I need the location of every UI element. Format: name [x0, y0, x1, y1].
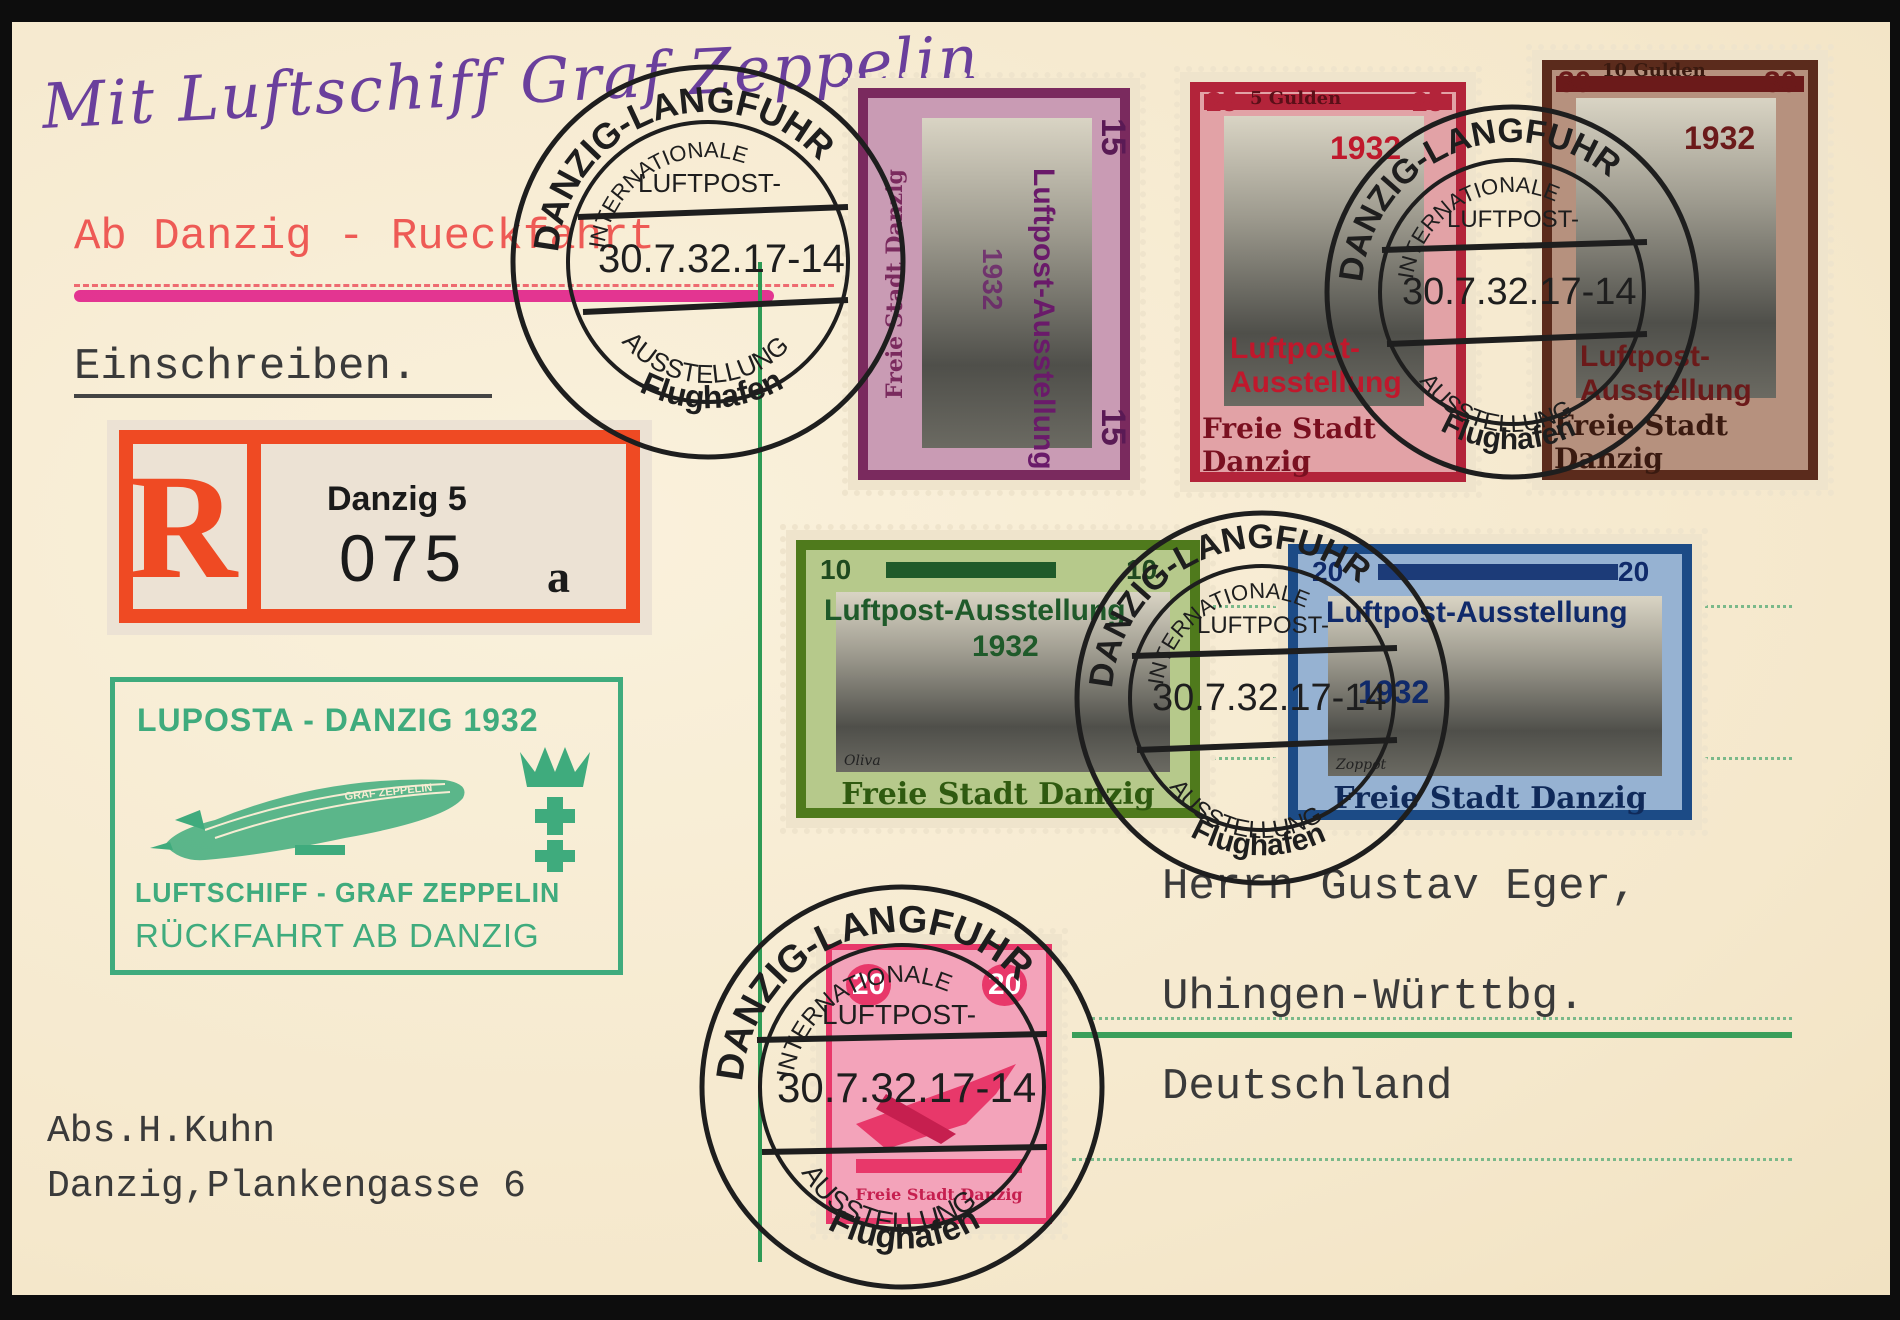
zeppelin-icon: GRAF ZEPPELIN — [145, 750, 475, 870]
svg-text:LUFTPOST-: LUFTPOST- — [1447, 206, 1579, 233]
stamp-value: 10 — [820, 556, 851, 584]
registration-suffix: a — [547, 550, 570, 603]
stamp-value-2: 15 — [1096, 408, 1130, 446]
address-dotted-line-4 — [1072, 1158, 1792, 1161]
cachet-title: LUPOSTA - DANZIG 1932 — [137, 702, 539, 739]
registration-r-letter: R — [119, 430, 261, 623]
registration-office: Danzig 5 — [327, 480, 467, 519]
stamp-value-2: 30 — [1764, 68, 1797, 98]
sender-line2: Danzig,Plankengasse 6 — [47, 1165, 526, 1208]
stamp-overprint: Luftpost-Ausstellung — [1028, 168, 1058, 470]
sender-line1: Abs.H.Kuhn — [47, 1110, 275, 1153]
stamp-value: 15 — [1096, 118, 1130, 156]
postmark-2: DANZIG-LANGFUHR INTERNATIONALE LUFTPOST-… — [1302, 82, 1722, 502]
postmark-1: DANZIG-LANGFUHR INTERNATIONALE LUFTPOST-… — [488, 42, 928, 482]
svg-text:30.7.32.17-14: 30.7.32.17-14 — [1152, 677, 1387, 719]
svg-text:LUFTPOST-: LUFTPOST- — [638, 168, 781, 198]
svg-text:LUFTPOST-: LUFTPOST- — [1197, 612, 1329, 639]
postmark-3: DANZIG-LANGFUHR INTERNATIONALE LUFTPOST-… — [1052, 488, 1472, 908]
stamp-overprint-year: 1932 — [972, 632, 1039, 662]
luposta-cachet: LUPOSTA - DANZIG 1932 GRAF ZEPPELIN LUFT… — [110, 677, 623, 975]
recipient-country: Deutschland — [1162, 1062, 1452, 1112]
svg-text:LUFTPOST-: LUFTPOST- — [822, 999, 976, 1030]
postcard: Mit Luftschiff Graf Zeppelin Ab Danzig -… — [12, 22, 1890, 1295]
registered-heading: Einschreiben. — [74, 342, 417, 392]
stamp-overprint-year: 1932 — [978, 248, 1006, 310]
registration-number: 075 — [339, 520, 467, 596]
danzig-crown-crosses-icon — [515, 742, 595, 872]
postmark-4: DANZIG-LANGFUHR INTERNATIONALE LUFTPOST-… — [672, 862, 1132, 1302]
recipient-city: Uhingen-Württbg. — [1162, 972, 1584, 1022]
stamp-original-value: 10 Gulden — [1602, 62, 1706, 80]
registered-underline — [74, 394, 492, 398]
svg-text:30.7.32.17-14: 30.7.32.17-14 — [1402, 271, 1637, 313]
stamp-place-label: Oliva — [844, 754, 881, 768]
stamp-value: 25 — [1206, 88, 1237, 116]
svg-text:30.7.32.17-14: 30.7.32.17-14 — [777, 1064, 1036, 1111]
cachet-line2: RÜCKFAHRT AB DANZIG — [135, 917, 540, 955]
svg-text:30.7.32.17-14: 30.7.32.17-14 — [598, 237, 845, 281]
cachet-line1: LUFTSCHIFF - GRAF ZEPPELIN — [135, 877, 560, 909]
stamp-value-2: 20 — [1618, 558, 1649, 586]
address-green-rule — [1072, 1032, 1792, 1038]
